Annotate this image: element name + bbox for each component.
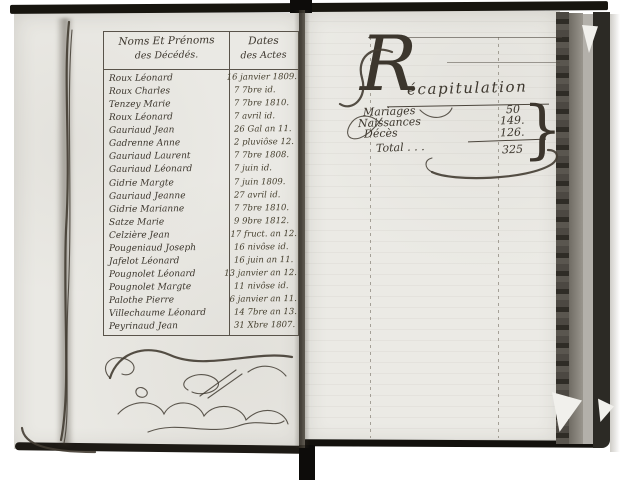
recap-mid-rule <box>447 62 560 63</box>
dates-column-subheader: des Actes <box>229 49 298 61</box>
deceased-name: Pougnolet Margte <box>106 282 230 293</box>
deceased-name: Tenzey Marie <box>106 99 230 110</box>
page-crease <box>56 18 74 446</box>
table-row: Celzière Jean17 fruct. an 12. <box>106 228 297 243</box>
table-row: Peyrinaud Jean31 Xbre 1807. <box>106 319 297 334</box>
recap-brace: } <box>522 98 563 162</box>
deceased-name: Gidrie Marianne <box>106 204 230 215</box>
deceased-name: Gauriaud Jean <box>106 125 230 136</box>
recap-label-total: Total . . . <box>376 140 425 155</box>
page-gutter <box>299 10 305 448</box>
table-row: Pougeniaud Joseph16 nivôse id. <box>106 241 297 256</box>
deceased-name: Jafelot Léonard <box>106 256 230 267</box>
deceased-name: Palothe Pierre <box>106 295 226 306</box>
recap-label-deces: Décès <box>364 126 398 140</box>
names-column-header: Noms Et Prénoms <box>104 34 229 48</box>
act-date: 7 avril id. <box>230 111 297 122</box>
binding-shadow <box>610 14 620 452</box>
table-row: Jafelot Léonard16 juin an 11. <box>106 254 297 269</box>
recap-value-deces: 126. <box>500 126 525 140</box>
register-table: Noms Et Prénoms des Décédés. Dates des A… <box>103 31 299 336</box>
binding-strip-pages <box>556 12 569 444</box>
act-date: 14 7bre an 13. <box>230 307 297 318</box>
act-date: 13 janvier an 12. <box>220 268 297 279</box>
act-date: 27 avril id. <box>230 190 297 201</box>
deceased-name: Roux Charles <box>106 86 230 97</box>
act-date: 9 9bre 1812. <box>230 216 297 227</box>
book-bottom-edge-right <box>305 439 597 448</box>
deceased-name: Satze Marie <box>106 217 230 228</box>
deceased-name: Gauriaud Laurent <box>106 151 230 162</box>
act-date: 7 7bre id. <box>230 85 297 96</box>
binding-strip-light <box>583 14 593 444</box>
table-row: Gauriaud Léonard7 juin id. <box>106 162 297 177</box>
deceased-name: Celzière Jean <box>106 230 227 241</box>
deceased-name: Roux Léonard <box>106 73 223 84</box>
scanned-register-spread: Noms Et Prénoms des Décédés. Dates des A… <box>0 0 643 480</box>
spine-bottom-tab <box>299 445 315 480</box>
act-date: 26 Gal an 11. <box>230 125 297 136</box>
dates-column-header: Dates <box>229 34 298 47</box>
deceased-name: Pougeniaud Joseph <box>106 243 230 254</box>
right-page <box>305 11 560 445</box>
register-rows: Roux Léonard16 janvier 1809. Roux Charle… <box>106 72 297 333</box>
deceased-name: Peyrinaud Jean <box>106 321 230 332</box>
act-date: 2 pluviôse 12. <box>230 138 297 149</box>
deceased-name: Gidrie Margte <box>106 177 230 188</box>
deceased-name: Villechaume Léonard <box>106 308 230 319</box>
header-rule <box>104 69 298 70</box>
deceased-name: Gauriaud Jeanne <box>106 191 230 202</box>
deceased-name: Gauriaud Léonard <box>106 164 230 175</box>
act-date: 7 juin 1809. <box>230 177 297 188</box>
recap-value-total: 325 <box>502 143 523 157</box>
table-row: Gauriaud Jeanne27 avril id. <box>106 189 297 204</box>
deceased-name: Pougnolet Léonard <box>106 269 220 280</box>
act-date: 7 7bre 1808. <box>230 151 297 162</box>
act-date: 17 fruct. an 12. <box>226 229 297 240</box>
act-date: 7 juin id. <box>230 164 297 175</box>
act-date: 16 juin an 11. <box>230 255 297 266</box>
table-row: Gidrie Marianne7 7bre 1810. <box>106 202 297 217</box>
table-row: Gidrie Margte7 juin 1809. <box>106 176 297 191</box>
binding-strip-inner <box>569 13 583 444</box>
table-row: Satze Marie9 9bre 1812. <box>106 215 297 230</box>
recap-title: écapitulation <box>407 77 528 98</box>
recap-column-rule <box>498 37 499 438</box>
binding-cover-edge <box>593 12 610 448</box>
act-date: 16 nivôse id. <box>230 242 297 253</box>
act-date: 7 7bre 1810. <box>230 203 297 214</box>
act-date: 31 Xbre 1807. <box>230 320 297 331</box>
deceased-name: Gadrenne Anne <box>106 138 230 149</box>
act-date: 6 janvier an 11. <box>226 294 297 305</box>
act-date: 11 nivôse id. <box>230 281 297 292</box>
act-date: 7 7bre 1810. <box>230 98 297 109</box>
act-date: 16 janvier 1809. <box>223 72 297 83</box>
names-column-subheader: des Décédés. <box>104 49 229 62</box>
deceased-name: Roux Léonard <box>106 112 230 123</box>
